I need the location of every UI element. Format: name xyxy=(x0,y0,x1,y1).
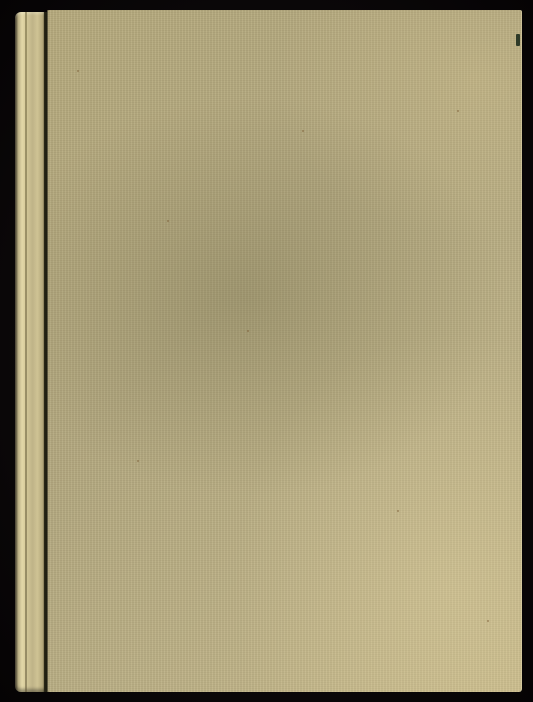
book-front-cover xyxy=(47,10,522,692)
cover-speck xyxy=(302,130,304,132)
book-spine xyxy=(15,12,47,692)
cover-speck xyxy=(137,460,139,462)
cover-edge-mark xyxy=(516,34,520,46)
spine-groove xyxy=(25,12,27,692)
cover-speck xyxy=(167,220,169,222)
cover-speck xyxy=(77,70,79,72)
cover-speck xyxy=(487,620,489,622)
cover-speck xyxy=(397,510,399,512)
cover-speck xyxy=(457,110,459,112)
cover-speck xyxy=(247,330,249,332)
photo-scene xyxy=(0,0,533,702)
